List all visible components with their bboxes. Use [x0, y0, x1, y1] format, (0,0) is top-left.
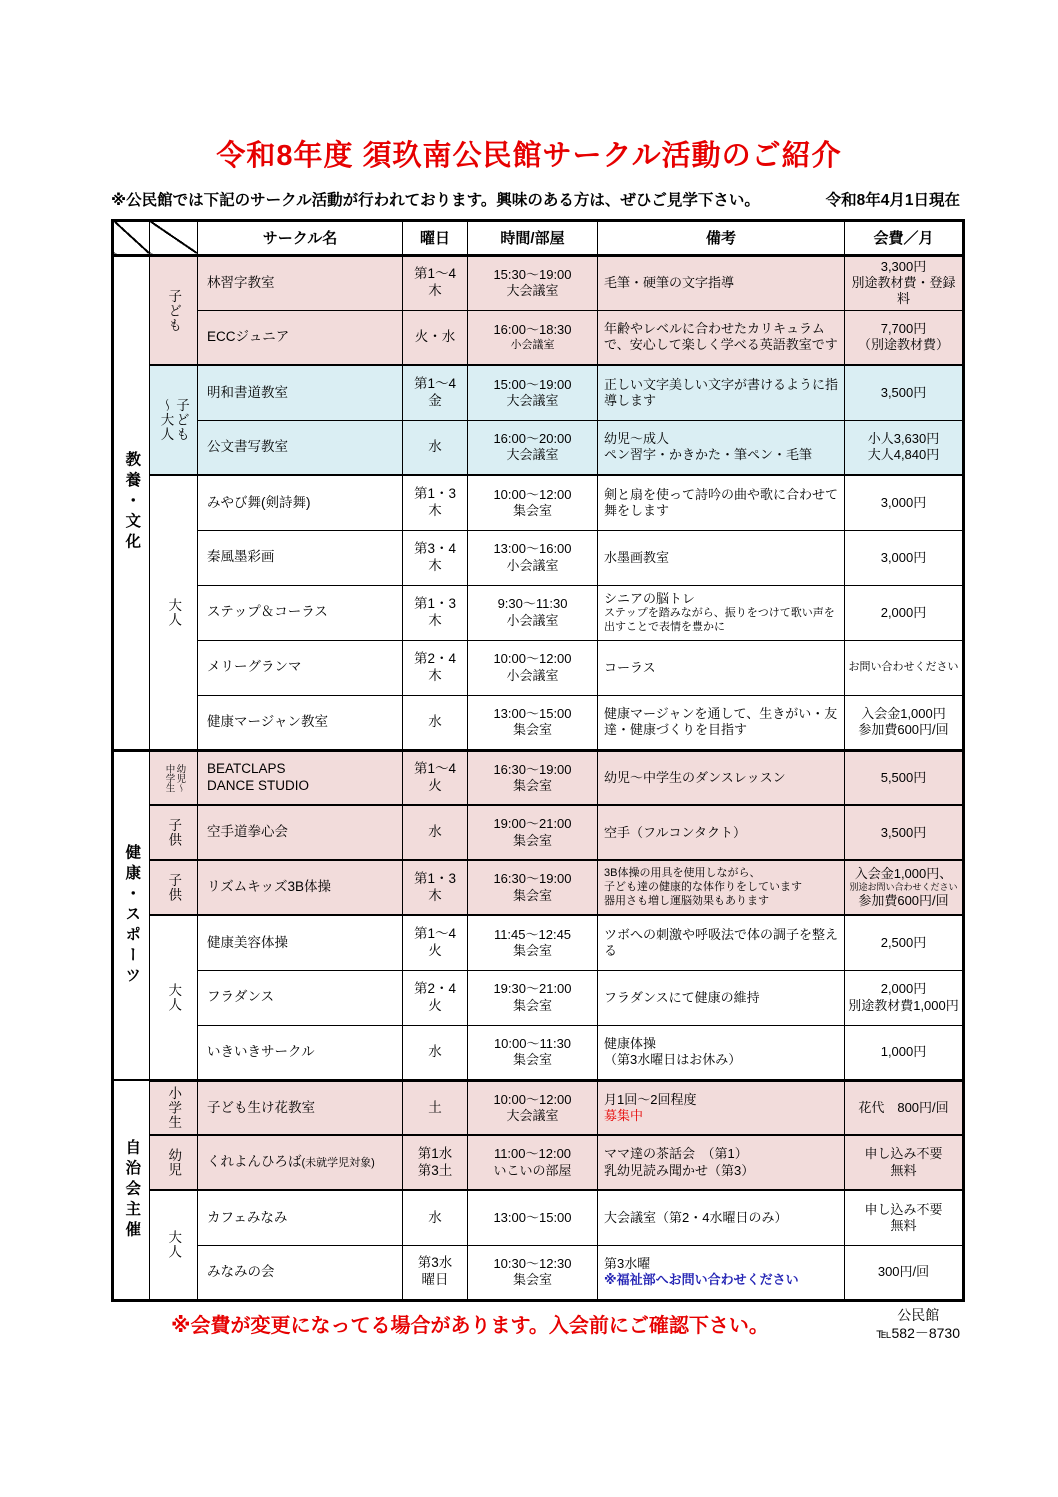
table-row: 幼児くれよんひろば(未就学児対象)第1水第3土11:00～12:00いこいの部屋…	[113, 1135, 964, 1190]
cell-day: 第1～4木	[403, 255, 468, 310]
cell-time: 10:00～12:00大会議室	[468, 1080, 598, 1135]
cell-time: 16:30～19:00集会室	[468, 860, 598, 915]
cell-name: 明和書道教室	[198, 365, 403, 420]
cell-fee: 3,500円	[845, 365, 964, 420]
cell-fee: 3,000円	[845, 530, 964, 585]
cell-time: 11:45～12:45集会室	[468, 915, 598, 970]
as-of-date: 令和8年4月1日現在	[826, 188, 960, 210]
subgroup-label: 子供	[150, 860, 198, 915]
cell-name: カフェみなみ	[198, 1190, 403, 1245]
table-row: ステップ＆コーラス第1・3木9:30～11:30小会議室シニアの脳トレステップを…	[113, 585, 964, 640]
cell-day: 水	[403, 805, 468, 860]
subgroup-label: 幼児	[150, 1135, 198, 1190]
contact-tel: ℡582－8730	[876, 1324, 960, 1342]
cell-time: 16:00～20:00大会議室	[468, 420, 598, 475]
cell-time: 11:00～12:00いこいの部屋	[468, 1135, 598, 1190]
subtitle-row: ※公民館では下記のサークル活動が行われております。興味のある方は、ぜひご見学下さ…	[111, 188, 960, 210]
cell-day: 第3・4木	[403, 530, 468, 585]
cell-fee: 入会金1,000円参加費600円/回	[845, 695, 964, 750]
table-row: みなみの会第3水曜日10:30～12:30集会室第3水曜※福祉部へお問い合わせく…	[113, 1245, 964, 1300]
subgroup-label: 大人	[150, 915, 198, 1080]
cell-day: 第2・4火	[403, 970, 468, 1025]
contact-block: 公民館 ℡582－8730	[876, 1306, 960, 1342]
cell-remarks: シニアの脳トレステップを踏みながら、振りをつけて歌い声を出すことで表情を豊かに	[598, 585, 845, 640]
cell-name: いきいきサークル	[198, 1025, 403, 1080]
cell-day: 第1水第3土	[403, 1135, 468, 1190]
cell-remarks: 月1回～2回程度募集中	[598, 1080, 845, 1135]
cell-day: 水	[403, 420, 468, 475]
cell-time: 13:00～16:00小会議室	[468, 530, 598, 585]
cell-name: フラダンス	[198, 970, 403, 1025]
cell-time: 9:30～11:30小会議室	[468, 585, 598, 640]
cell-fee: 2,000円	[845, 585, 964, 640]
cell-name: 林習字教室	[198, 255, 403, 310]
cell-fee: 小人3,630円大人4,840円	[845, 420, 964, 475]
cell-name: ステップ＆コーラス	[198, 585, 403, 640]
cell-name: BEATCLAPSDANCE STUDIO	[198, 750, 403, 805]
flyer-page: 令和8年度 須玖南公民館サークル活動のご紹介 ※公民館では下記のサークル活動が行…	[0, 0, 1058, 1497]
cell-time: 15:30～19:00大会議室	[468, 255, 598, 310]
cell-time: 10:00～11:30集会室	[468, 1025, 598, 1080]
cell-fee: 7,700円（別途教材費）	[845, 310, 964, 365]
table-row: 大人カフェみなみ水13:00～15:00大会議室（第2・4水曜日のみ）申し込み不…	[113, 1190, 964, 1245]
subgroup-label: 大人	[150, 1190, 198, 1300]
cell-fee: 3,300円別途教材費・登録料	[845, 255, 964, 310]
header-remarks: 備考	[598, 220, 845, 255]
cell-remarks: 3B体操の用具を使用しながら、子ども達の健康的な体作りをしています器用さも増し運…	[598, 860, 845, 915]
category-label: 教養・文化	[113, 255, 150, 750]
table-row: メリーグランマ第2・4木10:00～12:00小会議室コーラスお問い合わせくださ…	[113, 640, 964, 695]
cell-time: 13:00～15:00集会室	[468, 695, 598, 750]
page-title: 令和8年度 須玖南公民館サークル活動のご紹介	[0, 138, 1058, 176]
cell-fee: 1,000円	[845, 1025, 964, 1080]
cell-remarks: ママ達の茶話会 （第1）乳幼児読み聞かせ（第3）	[598, 1135, 845, 1190]
cell-fee: 5,500円	[845, 750, 964, 805]
table-row: 健康マージャン教室水13:00～15:00集会室健康マージャンを通して、生きがい…	[113, 695, 964, 750]
cell-remarks: 正しい文字美しい文字が書けるように指導します	[598, 365, 845, 420]
cell-time: 16:30～19:00集会室	[468, 750, 598, 805]
header-day: 曜日	[403, 220, 468, 255]
cell-name: ECCジュニア	[198, 310, 403, 365]
header-time-room: 時間/部屋	[468, 220, 598, 255]
cell-remarks: 健康マージャンを通して、生きがい・友達・健康づくりを目指す	[598, 695, 845, 750]
table-row: 大人健康美容体操第1～4火11:45～12:45集会室ツボへの刺激や呼吸法で体の…	[113, 915, 964, 970]
circle-activities-table: サークル名 曜日 時間/部屋 備考 会費／月 教養・文化子ども林習字教室第1～4…	[111, 219, 965, 1302]
cell-time: 16:00～18:30小会議室	[468, 310, 598, 365]
cell-fee: 3,500円	[845, 805, 964, 860]
cell-name: 秦風墨彩画	[198, 530, 403, 585]
subgroup-label: 子ども ～大人	[150, 365, 198, 475]
cell-time: 19:30～21:00集会室	[468, 970, 598, 1025]
cell-day: 第2・4木	[403, 640, 468, 695]
cell-name: みなみの会	[198, 1245, 403, 1300]
table-row: 自治会主催小学生子ども生け花教室土10:00～12:00大会議室月1回～2回程度…	[113, 1080, 964, 1135]
cell-day: 第1～4金	[403, 365, 468, 420]
cell-name: リズムキッズ3B体操	[198, 860, 403, 915]
footer: ※会費が変更になってる場合があります。入会前にご確認下さい。 公民館 ℡582－…	[111, 1306, 962, 1342]
fee-change-note: ※会費が変更になってる場合があります。入会前にご確認下さい。	[171, 1309, 769, 1338]
cell-remarks: 空手（フルコンタクト）	[598, 805, 845, 860]
cell-time: 10:00～12:00集会室	[468, 475, 598, 530]
cell-fee: 3,000円	[845, 475, 964, 530]
cell-name: 健康美容体操	[198, 915, 403, 970]
cell-fee: 入会金1,000円、別途お問い合わせください参加費600円/回	[845, 860, 964, 915]
cell-name: くれよんひろば(未就学児対象)	[198, 1135, 403, 1190]
subtitle-text: ※公民館では下記のサークル活動が行われております。興味のある方は、ぜひご見学下さ…	[111, 188, 760, 210]
cell-day: 第1・3木	[403, 585, 468, 640]
cell-remarks: フラダンスにて健康の維持	[598, 970, 845, 1025]
cell-fee: 申し込み不要無料	[845, 1135, 964, 1190]
cell-fee: お問い合わせください	[845, 640, 964, 695]
table-row: いきいきサークル水10:00～11:30集会室健康体操（第3水曜日はお休み）1,…	[113, 1025, 964, 1080]
contact-org: 公民館	[876, 1306, 960, 1324]
cell-time: 10:00～12:00小会議室	[468, 640, 598, 695]
category-label: 健康・スポーツ	[113, 750, 150, 1080]
cell-name: みやび舞(剣詩舞)	[198, 475, 403, 530]
diagonal-blank-cell	[150, 220, 198, 255]
cell-remarks: ツボへの刺激や呼吸法で体の調子を整える	[598, 915, 845, 970]
table-row: ECCジュニア火・水16:00～18:30小会議室年齢やレベルに合わせたカリキュ…	[113, 310, 964, 365]
cell-day: 第1～4火	[403, 750, 468, 805]
cell-fee: 花代 800円/回	[845, 1080, 964, 1135]
subgroup-label: 小学生	[150, 1080, 198, 1135]
table-row: 秦風墨彩画第3・4木13:00～16:00小会議室水墨画教室3,000円	[113, 530, 964, 585]
category-label: 自治会主催	[113, 1080, 150, 1300]
cell-name: メリーグランマ	[198, 640, 403, 695]
cell-day: 第1～4火	[403, 915, 468, 970]
cell-remarks: 年齢やレベルに合わせたカリキュラムで、安心して楽しく学べる英語教室です	[598, 310, 845, 365]
cell-fee: 2,000円別途教材費1,000円	[845, 970, 964, 1025]
cell-day: 水	[403, 1190, 468, 1245]
cell-name: 空手道拳心会	[198, 805, 403, 860]
diagonal-blank-cell	[113, 220, 150, 255]
cell-remarks: 第3水曜※福祉部へお問い合わせください	[598, 1245, 845, 1300]
table-row: 公文書写教室水16:00～20:00大会議室幼児～成人ペン習字・かきかた・筆ペン…	[113, 420, 964, 475]
cell-remarks: 幼児～中学生のダンスレッスン	[598, 750, 845, 805]
table-row: 子ども ～大人明和書道教室第1～4金15:00～19:00大会議室正しい文字美し…	[113, 365, 964, 420]
cell-day: 第1・3木	[403, 475, 468, 530]
subgroup-label: 大人	[150, 475, 198, 750]
subgroup-label: 幼児～ 中学生	[150, 750, 198, 805]
table-row: 健康・スポーツ幼児～ 中学生BEATCLAPSDANCE STUDIO第1～4火…	[113, 750, 964, 805]
cell-time: 19:00～21:00集会室	[468, 805, 598, 860]
table-header-row: サークル名 曜日 時間/部屋 備考 会費／月	[113, 220, 964, 255]
cell-remarks: 水墨画教室	[598, 530, 845, 585]
cell-remarks: 健康体操（第3水曜日はお休み）	[598, 1025, 845, 1080]
subgroup-label: 子供	[150, 805, 198, 860]
header-fee: 会費／月	[845, 220, 964, 255]
cell-fee: 2,500円	[845, 915, 964, 970]
table-row: 大人みやび舞(剣詩舞)第1・3木10:00～12:00集会室剣と扇を使って詩吟の…	[113, 475, 964, 530]
cell-day: 水	[403, 695, 468, 750]
table-row: 子供リズムキッズ3B体操第1・3木16:30～19:00集会室3B体操の用具を使…	[113, 860, 964, 915]
cell-remarks: 幼児～成人ペン習字・かきかた・筆ペン・毛筆	[598, 420, 845, 475]
cell-remarks: 大会議室（第2・4水曜日のみ）	[598, 1190, 845, 1245]
cell-name: 公文書写教室	[198, 420, 403, 475]
cell-day: 土	[403, 1080, 468, 1135]
cell-time: 15:00～19:00大会議室	[468, 365, 598, 420]
cell-remarks: 毛筆・硬筆の文字指導	[598, 255, 845, 310]
cell-time: 10:30～12:30集会室	[468, 1245, 598, 1300]
cell-fee: 300円/回	[845, 1245, 964, 1300]
cell-fee: 申し込み不要無料	[845, 1190, 964, 1245]
header-circle-name: サークル名	[198, 220, 403, 255]
cell-remarks: 剣と扇を使って詩吟の曲や歌に合わせて舞をします	[598, 475, 845, 530]
table-row: 教養・文化子ども林習字教室第1～4木15:30～19:00大会議室毛筆・硬筆の文…	[113, 255, 964, 310]
cell-remarks: コーラス	[598, 640, 845, 695]
cell-name: 子ども生け花教室	[198, 1080, 403, 1135]
cell-name: 健康マージャン教室	[198, 695, 403, 750]
table-row: フラダンス第2・4火19:30～21:00集会室フラダンスにて健康の維持2,00…	[113, 970, 964, 1025]
table-row: 子供空手道拳心会水19:00～21:00集会室空手（フルコンタクト）3,500円	[113, 805, 964, 860]
cell-time: 13:00～15:00	[468, 1190, 598, 1245]
cell-day: 水	[403, 1025, 468, 1080]
cell-day: 第1・3木	[403, 860, 468, 915]
cell-day: 火・水	[403, 310, 468, 365]
subgroup-label: 子ども	[150, 255, 198, 365]
cell-day: 第3水曜日	[403, 1245, 468, 1300]
